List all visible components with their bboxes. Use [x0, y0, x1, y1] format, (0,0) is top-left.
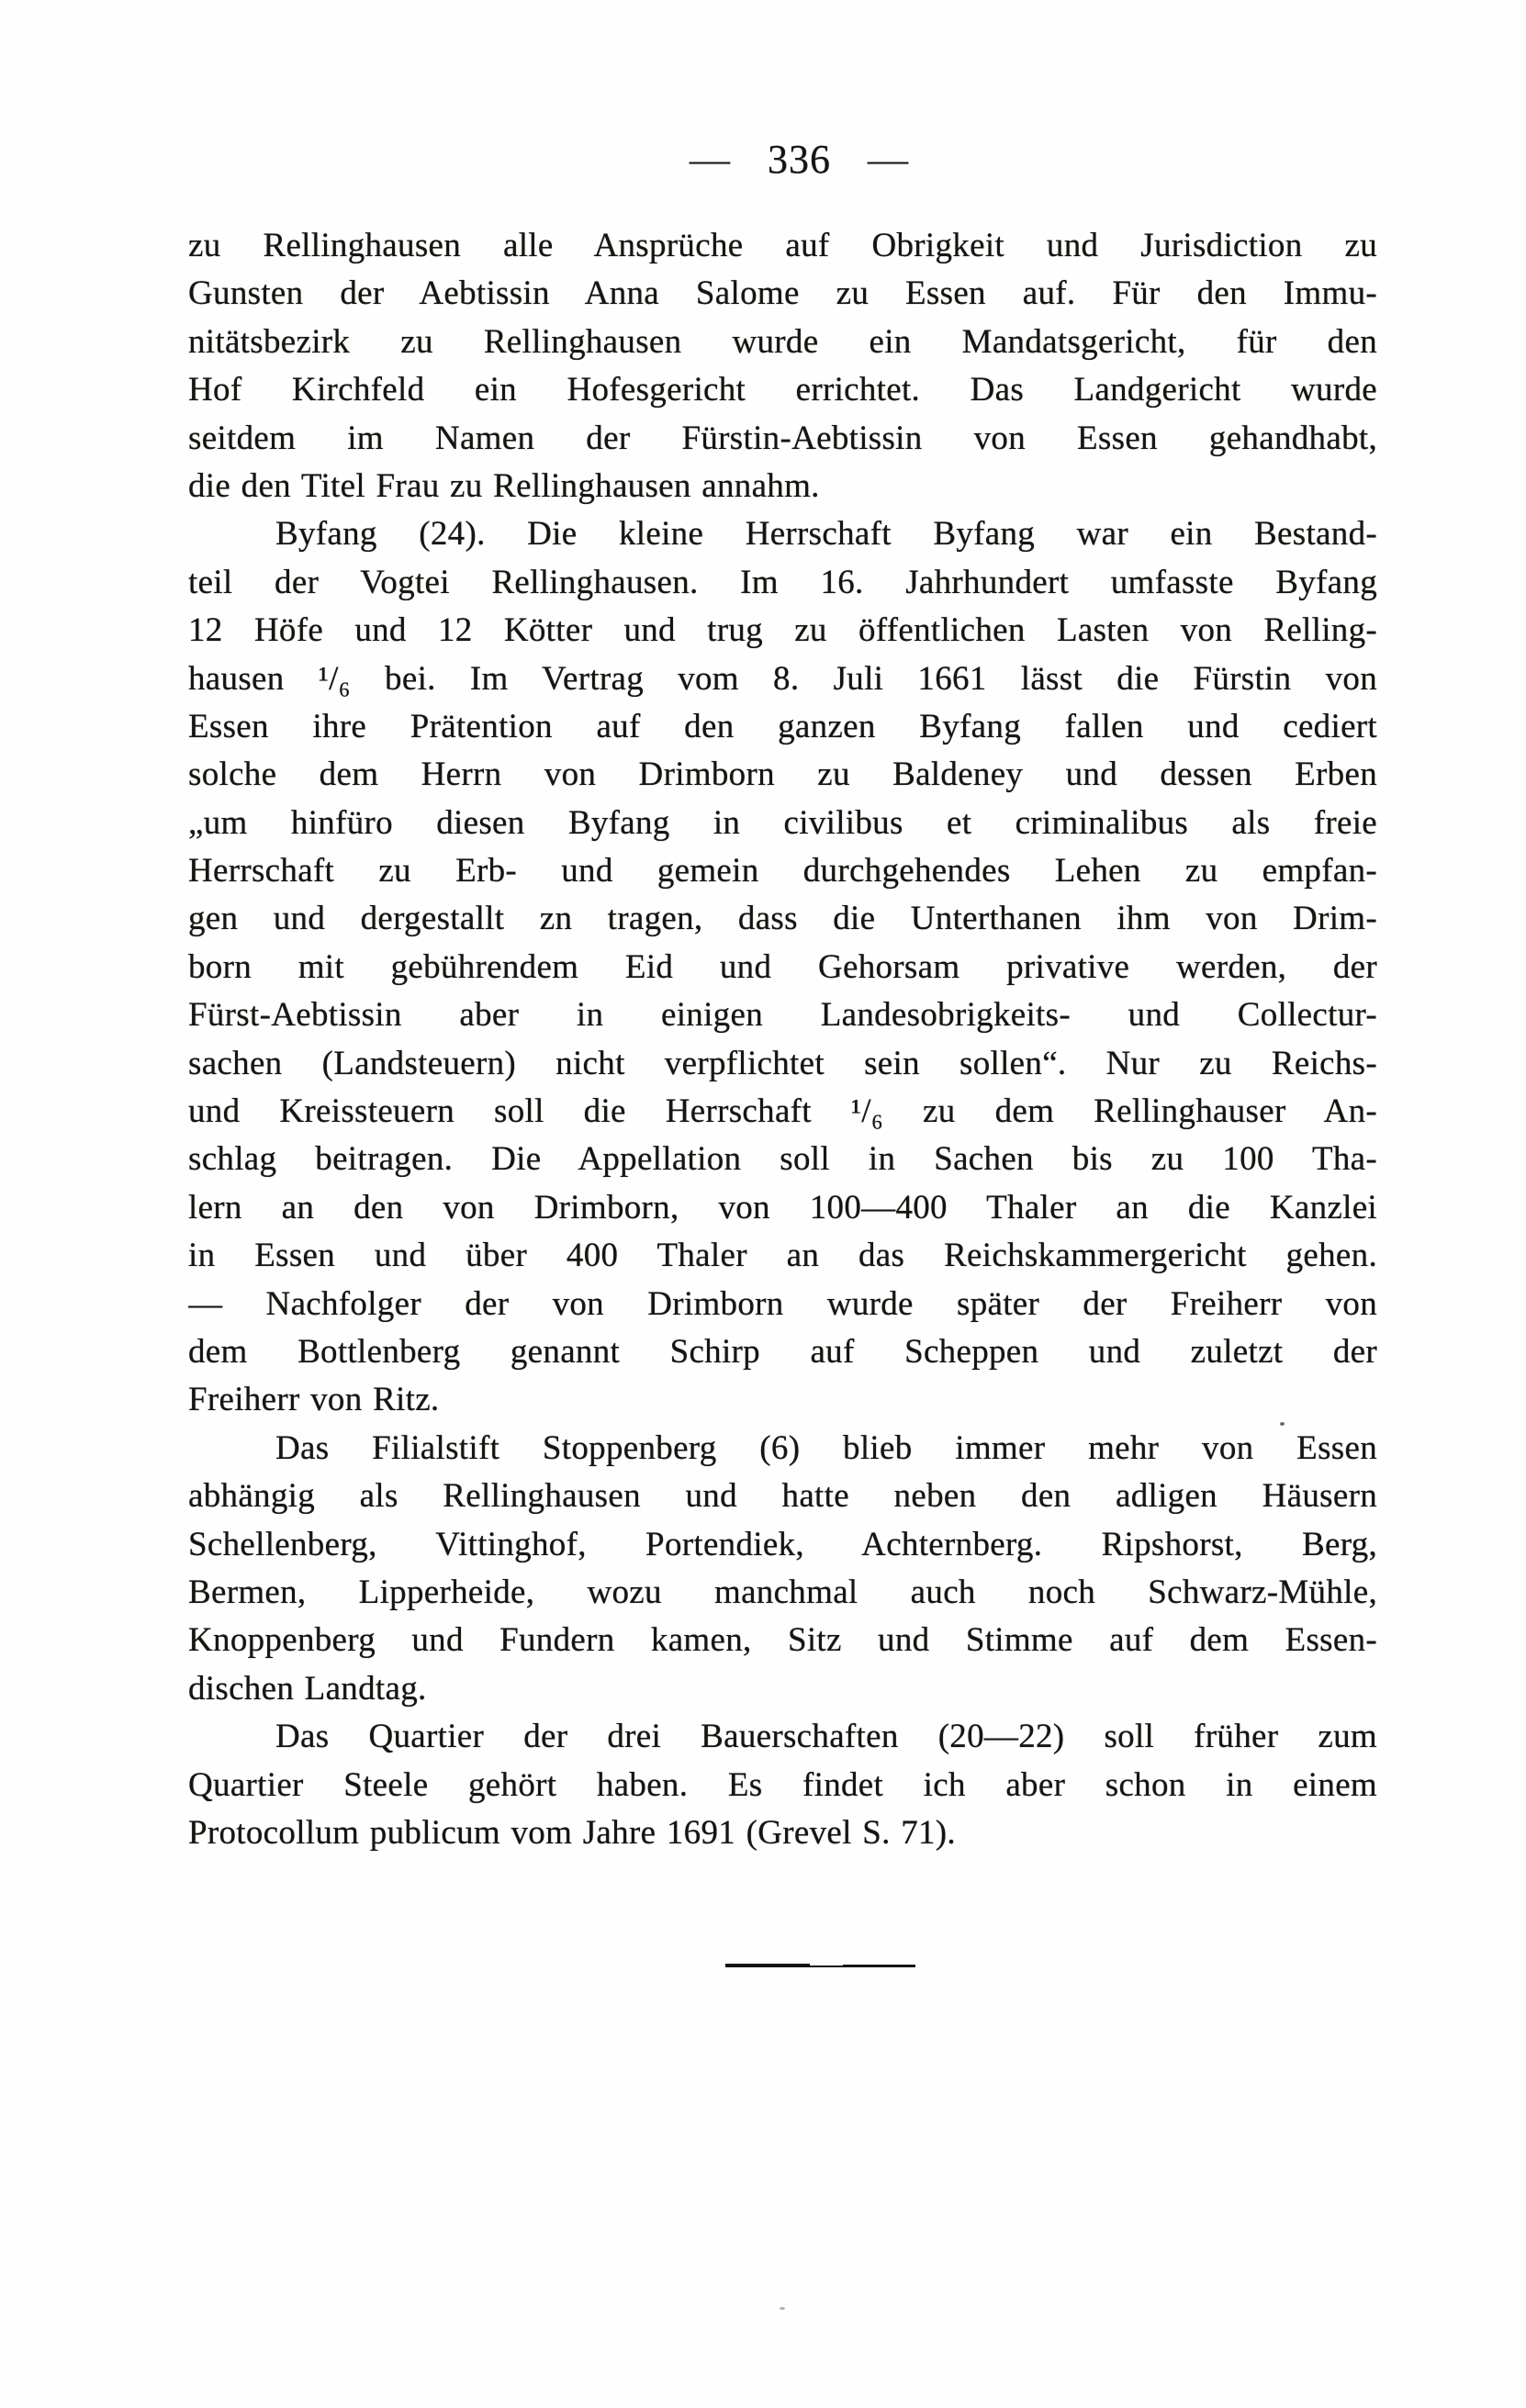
text-line: hausen ¹/₆ bei. Im Vertrag vom 8. Juli 1…: [188, 655, 1377, 703]
text-line: sachen (Landsteuern) nicht verpflichtet …: [188, 1040, 1377, 1088]
header-dash-right: —: [868, 140, 909, 179]
text-line: 12 Höfe und 12 Kötter und trug zu öffent…: [188, 607, 1377, 655]
text-line: Hof Kirchfeld ein Hofesgericht errichtet…: [188, 366, 1377, 414]
text-line: dischen Landtag.: [188, 1665, 1377, 1713]
text-line: solche dem Herrn von Drimborn zu Baldene…: [188, 751, 1377, 799]
page-header: — 336 —: [188, 136, 1394, 183]
page-number: 336: [768, 136, 831, 183]
scan-speck: [1280, 1422, 1285, 1426]
text-line: schlag beitragen. Die Appellation soll i…: [188, 1136, 1377, 1183]
text-line: — Nachfolger der von Drimborn wurde spät…: [188, 1281, 1377, 1328]
text-line: Quartier Steele gehört haben. Es findet …: [188, 1762, 1377, 1809]
text-line: teil der Vogtei Rellinghausen. Im 16. Ja…: [188, 559, 1377, 607]
text-line: Byfang (24). Die kleine Herrschaft Byfan…: [188, 510, 1377, 558]
text-line: Schellenberg, Vittinghof, Portendiek, Ac…: [188, 1521, 1377, 1569]
text-line: Gunsten der Aebtissin Anna Salome zu Ess…: [188, 270, 1377, 318]
text-line: in Essen und über 400 Thaler an das Reic…: [188, 1232, 1377, 1280]
text-line: dem Bottlenberg genannt Schirp auf Schep…: [188, 1328, 1377, 1376]
text-line: zu Rellinghausen alle Ansprüche auf Obri…: [188, 222, 1377, 270]
text-line: „um hinfüro diesen Byfang in civilibus e…: [188, 800, 1377, 847]
header-dash-left: —: [690, 140, 731, 179]
section-end-rule: [725, 1963, 915, 1968]
text-line: Herrschaft zu Erb- und gemein durchgehen…: [188, 847, 1377, 895]
scan-speck: [780, 2307, 785, 2310]
text-line: seitdem im Namen der Fürstin-Aebtissin v…: [188, 415, 1377, 463]
text-line: Knoppenberg und Fundern kamen, Sitz und …: [188, 1617, 1377, 1664]
text-line: abhängig als Rellinghausen und hatte neb…: [188, 1473, 1377, 1520]
text-line: nitätsbezirk zu Rellinghausen wurde ein …: [188, 319, 1377, 366]
rule-segment: [843, 1965, 915, 1967]
text-line: lern an den von Drimborn, von 100—400 Th…: [188, 1184, 1377, 1232]
text-block: zu Rellinghausen alle Ansprüche auf Obri…: [188, 222, 1377, 1857]
text-line: Freiherr von Ritz.: [188, 1376, 1377, 1424]
text-line: Bermen, Lipperheide, wozu manchmal auch …: [188, 1569, 1377, 1617]
text-line: Protocollum publicum vom Jahre 1691 (Gre…: [188, 1809, 1377, 1857]
scanned-book-page: — 336 — zu Rellinghausen alle Ansprüche …: [0, 0, 1526, 2408]
text-line: Das Filialstift Stoppenberg (6) blieb im…: [188, 1425, 1377, 1473]
text-line: born mit gebührendem Eid und Gehorsam pr…: [188, 944, 1377, 991]
text-line: Das Quartier der drei Bauerschaften (20—…: [188, 1713, 1377, 1761]
text-line: Fürst-Aebtissin aber in einigen Landesob…: [188, 991, 1377, 1039]
text-line: und Kreissteuern soll die Herrschaft ¹/₆…: [188, 1088, 1377, 1136]
text-line: Essen ihre Prätention auf den ganzen Byf…: [188, 703, 1377, 751]
text-line: gen und dergestallt zn tragen, dass die …: [188, 895, 1377, 943]
text-line: die den Titel Frau zu Rellinghausen anna…: [188, 463, 1377, 510]
